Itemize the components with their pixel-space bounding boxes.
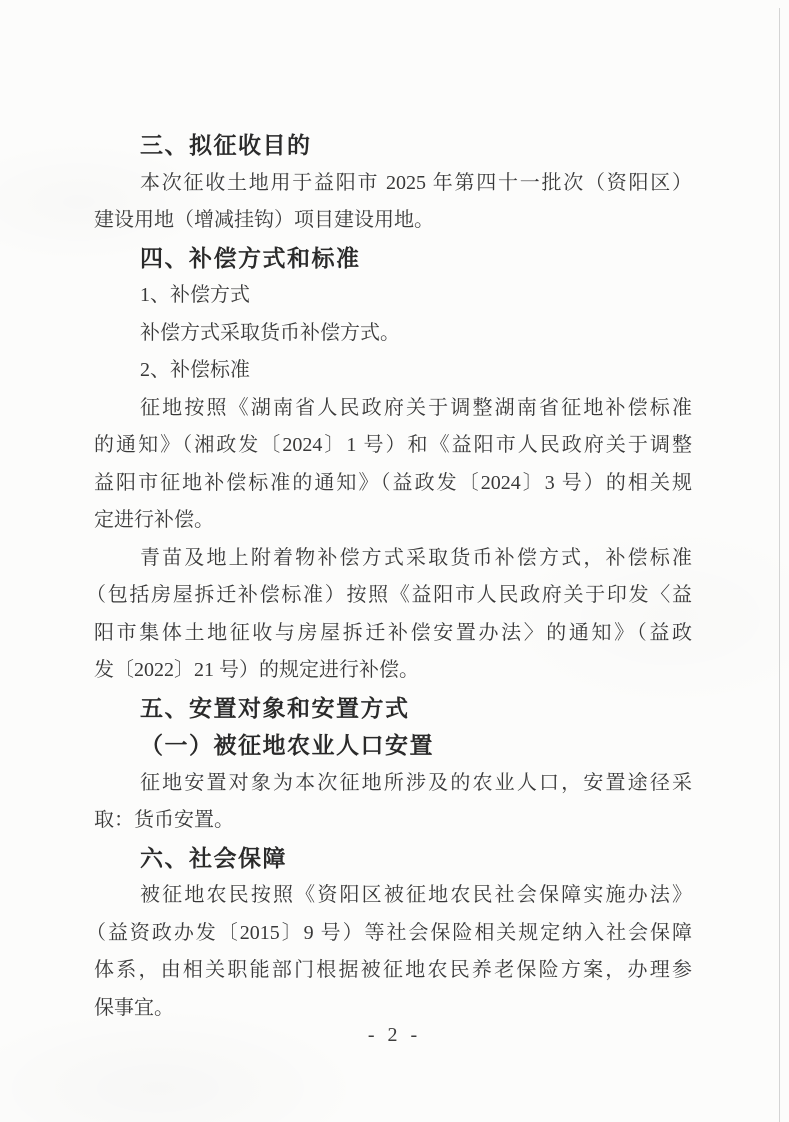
- text-line: 取：货币安置。: [94, 802, 692, 840]
- text-line: 征地安置对象为本次征地所涉及的农业人口，安置途径采: [94, 765, 692, 803]
- heading-section-3: 三、拟征收目的: [94, 127, 692, 165]
- text-line: 征地按照《湖南省人民政府关于调整湖南省征地补偿标准: [94, 390, 692, 428]
- document-page: 三、拟征收目的 本次征收土地用于益阳市 2025 年第四十一批次（资阳区） 建设…: [0, 0, 789, 1122]
- heading-section-4: 四、补偿方式和标准: [94, 240, 692, 278]
- text-line: 体系，由相关职能部门根据被征地农民养老保险方案，办理参: [94, 952, 692, 990]
- text-line: 建设用地（增减挂钩）项目建设用地。: [94, 202, 692, 240]
- text-line: 补偿方式采取货币补偿方式。: [94, 315, 692, 353]
- text-line: 发〔2022〕21 号）的规定进行补偿。: [94, 652, 692, 690]
- subitem-1-label: 1、补偿方式: [94, 277, 692, 315]
- heading-section-5: 五、安置对象和安置方式: [94, 690, 692, 728]
- heading-section-6: 六、社会保障: [94, 840, 692, 878]
- text-line: 的通知》（湘政发〔2024〕1 号）和《益阳市人民政府关于调整: [94, 427, 692, 465]
- page-number: - 2 -: [0, 1020, 789, 1050]
- subitem-2-label: 2、补偿标准: [94, 352, 692, 390]
- scan-edge-line: [779, 8, 780, 1122]
- text-line: 阳市集体土地征收与房屋拆迁补偿安置办法〉的通知》（益政: [94, 615, 692, 653]
- text-line: （包括房屋拆迁补偿标准）按照《益阳市人民政府关于印发〈益: [86, 577, 692, 615]
- text-line: 定进行补偿。: [94, 502, 692, 540]
- heading-subsection-5-1: （一）被征地农业人口安置: [94, 727, 692, 765]
- text-line: 被征地农民按照《资阳区被征地农民社会保障实施办法》: [94, 877, 692, 915]
- text-line: 本次征收土地用于益阳市 2025 年第四十一批次（资阳区）: [94, 165, 692, 203]
- text-line: 青苗及地上附着物补偿方式采取货币补偿方式，补偿标准: [94, 540, 692, 578]
- document-body: 三、拟征收目的 本次征收土地用于益阳市 2025 年第四十一批次（资阳区） 建设…: [94, 127, 692, 1027]
- text-line: （益资政办发〔2015〕9 号）等社会保险相关规定纳入社会保障: [86, 915, 692, 953]
- text-line: 益阳市征地补偿标准的通知》（益政发〔2024〕3 号）的相关规: [94, 465, 692, 503]
